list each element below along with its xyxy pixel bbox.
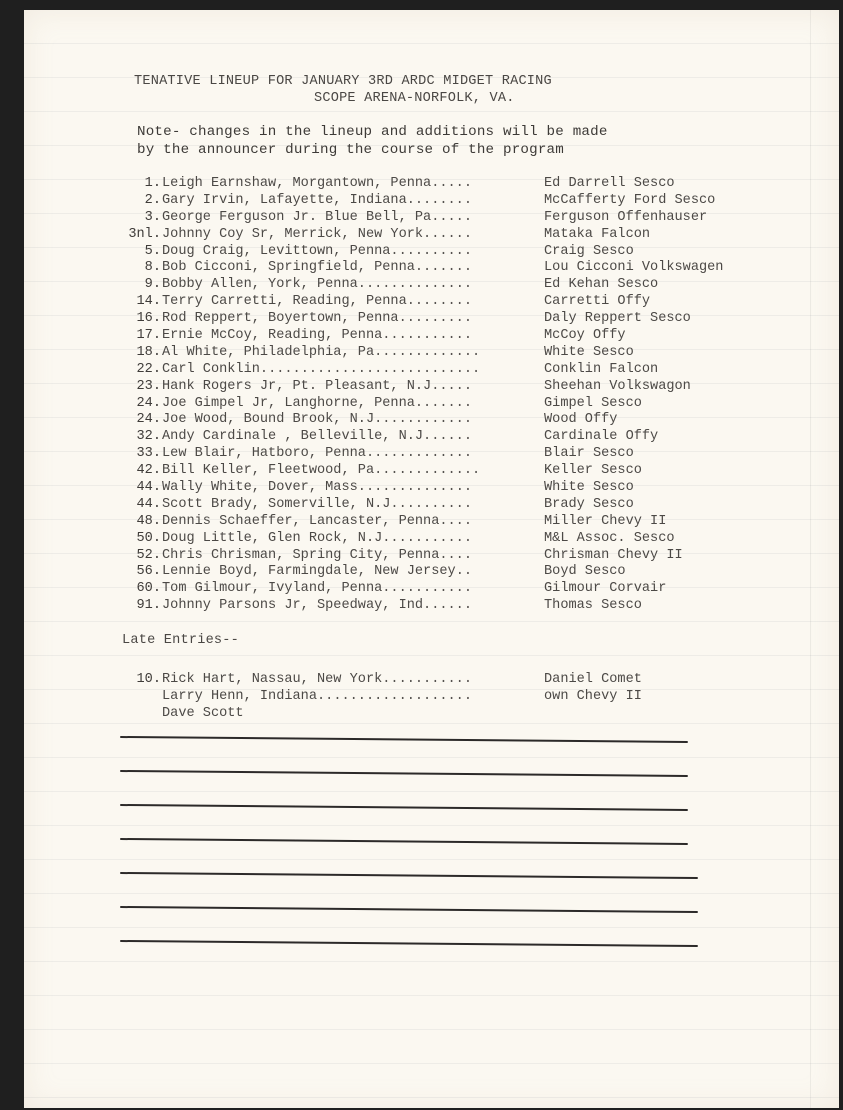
car-number: 52. bbox=[137, 548, 161, 563]
car-number: 3. bbox=[145, 210, 161, 225]
car-entrant: White Sesco bbox=[544, 345, 634, 360]
car-number: 32. bbox=[137, 429, 161, 444]
entry-row: 50.Doug Little, Glen Rock, N.J..........… bbox=[24, 531, 839, 548]
car-entrant: Boyd Sesco bbox=[544, 564, 626, 579]
leader-dots: ......... bbox=[399, 311, 472, 326]
leader-dots: ............. bbox=[366, 446, 472, 461]
car-entrant: Craig Sesco bbox=[544, 244, 634, 259]
car-entrant: Sheehan Volkswagon bbox=[544, 379, 691, 394]
leader-dots: ............ bbox=[374, 412, 472, 427]
lineup-list: 1.Leigh Earnshaw, Morgantown, Penna.....… bbox=[24, 176, 839, 615]
car-number: 2. bbox=[145, 193, 161, 208]
entry-row: 42.Bill Keller, Fleetwood, Pa...........… bbox=[24, 463, 839, 480]
entry-row: 60.Tom Gilmour, Ivyland, Penna..........… bbox=[24, 581, 839, 598]
document-page: TENATIVE LINEUP FOR JANUARY 3RD ARDC MID… bbox=[24, 10, 839, 1108]
entry-row: 5.Doug Craig, Levittown, Penna..........… bbox=[24, 244, 839, 261]
car-entrant: M&L Assoc. Sesco bbox=[544, 531, 675, 546]
car-entrant: Thomas Sesco bbox=[544, 598, 642, 613]
write-in-line bbox=[120, 804, 688, 811]
leader-dots: ........... bbox=[382, 328, 472, 343]
driver-name: Al White, Philadelphia, Pa............. bbox=[162, 345, 480, 360]
car-entrant: Keller Sesco bbox=[544, 463, 642, 478]
driver-name: Lennie Boyd, Farmingdale, New Jersey.. bbox=[162, 564, 472, 579]
entry-row: 14.Terry Carretti, Reading, Penna.......… bbox=[24, 294, 839, 311]
car-number: 17. bbox=[137, 328, 161, 343]
note-line-1: Note- changes in the lineup and addition… bbox=[137, 124, 608, 140]
leader-dots: .. bbox=[456, 564, 472, 579]
leader-dots: ............. bbox=[374, 463, 480, 478]
driver-name: Hank Rogers Jr, Pt. Pleasant, N.J..... bbox=[162, 379, 472, 394]
car-number: 44. bbox=[137, 480, 161, 495]
car-number: 60. bbox=[137, 581, 161, 596]
entry-row: 23.Hank Rogers Jr, Pt. Pleasant, N.J....… bbox=[24, 379, 839, 396]
entry-row: 1.Leigh Earnshaw, Morgantown, Penna.....… bbox=[24, 176, 839, 193]
leader-dots: ....... bbox=[415, 396, 472, 411]
car-number: 56. bbox=[137, 564, 161, 579]
leader-dots: ........... bbox=[382, 672, 472, 687]
driver-name: Dave Scott bbox=[162, 706, 244, 721]
leader-dots: ...... bbox=[423, 598, 472, 613]
car-number: 44. bbox=[137, 497, 161, 512]
driver-name: Chris Chrisman, Spring City, Penna.... bbox=[162, 548, 472, 563]
car-entrant: Carretti Offy bbox=[544, 294, 650, 309]
leader-dots: ........... bbox=[382, 581, 472, 596]
car-number: 23. bbox=[137, 379, 161, 394]
leader-dots: .............. bbox=[358, 277, 472, 292]
driver-name: Leigh Earnshaw, Morgantown, Penna..... bbox=[162, 176, 472, 191]
entry-row: 3.George Ferguson Jr. Blue Bell, Pa.....… bbox=[24, 210, 839, 227]
car-entrant: Gimpel Sesco bbox=[544, 396, 642, 411]
driver-name: Rick Hart, Nassau, New York........... bbox=[162, 672, 472, 687]
leader-dots: ........................... bbox=[260, 362, 480, 377]
late-entries-list: 10.Rick Hart, Nassau, New York..........… bbox=[24, 672, 839, 723]
car-number: 91. bbox=[137, 598, 161, 613]
write-in-line bbox=[120, 736, 688, 743]
entry-row: Larry Henn, Indiana...................ow… bbox=[24, 689, 839, 706]
car-number: 10. bbox=[137, 672, 161, 687]
leader-dots: .... bbox=[439, 514, 472, 529]
driver-name: Bobby Allen, York, Penna.............. bbox=[162, 277, 472, 292]
entry-row: 33.Lew Blair, Hatboro, Penna............… bbox=[24, 446, 839, 463]
entry-row: 10.Rick Hart, Nassau, New York..........… bbox=[24, 672, 839, 689]
entry-row: 9.Bobby Allen, York, Penna..............… bbox=[24, 277, 839, 294]
driver-name: Rod Reppert, Boyertown, Penna......... bbox=[162, 311, 472, 326]
leader-dots: .......... bbox=[390, 244, 472, 259]
driver-name: Johnny Coy Sr, Merrick, New York...... bbox=[162, 227, 472, 242]
entry-row: 18.Al White, Philadelphia, Pa...........… bbox=[24, 345, 839, 362]
car-number: 3nl. bbox=[128, 227, 161, 242]
entry-row: 17.Ernie McCoy, Reading, Penna..........… bbox=[24, 328, 839, 345]
driver-name: Bob Cicconi, Springfield, Penna....... bbox=[162, 260, 472, 275]
car-entrant: Wood Offy bbox=[544, 412, 617, 427]
car-number: 9. bbox=[145, 277, 161, 292]
car-entrant: Ferguson Offenhauser bbox=[544, 210, 707, 225]
car-entrant: Brady Sesco bbox=[544, 497, 634, 512]
driver-name: Tom Gilmour, Ivyland, Penna........... bbox=[162, 581, 472, 596]
driver-name: Carl Conklin........................... bbox=[162, 362, 480, 377]
driver-name: Larry Henn, Indiana................... bbox=[162, 689, 472, 704]
entry-row: 91.Johnny Parsons Jr, Speedway, Ind.....… bbox=[24, 598, 839, 615]
entry-row: 56.Lennie Boyd, Farmingdale, New Jersey.… bbox=[24, 564, 839, 581]
car-entrant: Gilmour Corvair bbox=[544, 581, 666, 596]
car-entrant: Ed Kehan Sesco bbox=[544, 277, 658, 292]
leader-dots: ........ bbox=[407, 193, 472, 208]
write-in-line bbox=[120, 872, 698, 879]
leader-dots: ..... bbox=[431, 210, 472, 225]
entry-row: 44.Wally White, Dover, Mass.............… bbox=[24, 480, 839, 497]
car-number: 8. bbox=[145, 260, 161, 275]
car-number: 22. bbox=[137, 362, 161, 377]
driver-name: Gary Irvin, Lafayette, Indiana........ bbox=[162, 193, 472, 208]
leader-dots: .............. bbox=[358, 480, 472, 495]
leader-dots: ....... bbox=[415, 260, 472, 275]
entry-row: 16.Rod Reppert, Boyertown, Penna........… bbox=[24, 311, 839, 328]
entry-row: 44.Scott Brady, Somerville, N.J.........… bbox=[24, 497, 839, 514]
car-entrant: Miller Chevy II bbox=[544, 514, 666, 529]
entry-row: Dave Scott bbox=[24, 706, 839, 723]
car-number: 16. bbox=[137, 311, 161, 326]
car-entrant: Cardinale Offy bbox=[544, 429, 658, 444]
entry-row: 52.Chris Chrisman, Spring City, Penna...… bbox=[24, 548, 839, 565]
entry-row: 8.Bob Cicconi, Springfield, Penna.......… bbox=[24, 260, 839, 277]
car-entrant: McCoy Offy bbox=[544, 328, 626, 343]
driver-name: Doug Little, Glen Rock, N.J........... bbox=[162, 531, 472, 546]
entry-row: 32.Andy Cardinale , Belleville, N.J.....… bbox=[24, 429, 839, 446]
driver-name: Dennis Schaeffer, Lancaster, Penna.... bbox=[162, 514, 472, 529]
car-entrant: Lou Cicconi Volkswagen bbox=[544, 260, 723, 275]
driver-name: Wally White, Dover, Mass.............. bbox=[162, 480, 472, 495]
car-number: 24. bbox=[137, 412, 161, 427]
car-entrant: Ed Darrell Sesco bbox=[544, 176, 675, 191]
entry-row: 24.Joe Gimpel Jr, Langhorne, Penna......… bbox=[24, 396, 839, 413]
write-in-line bbox=[120, 838, 688, 845]
car-number: 33. bbox=[137, 446, 161, 461]
car-number: 14. bbox=[137, 294, 161, 309]
leader-dots: ...... bbox=[423, 429, 472, 444]
leader-dots: ........ bbox=[407, 294, 472, 309]
late-entries-heading: Late Entries-- bbox=[122, 633, 239, 648]
document-title: TENATIVE LINEUP FOR JANUARY 3RD ARDC MID… bbox=[134, 74, 552, 89]
car-entrant: Blair Sesco bbox=[544, 446, 634, 461]
write-in-line bbox=[120, 940, 698, 947]
driver-name: Terry Carretti, Reading, Penna........ bbox=[162, 294, 472, 309]
car-number: 5. bbox=[145, 244, 161, 259]
car-entrant: White Sesco bbox=[544, 480, 634, 495]
car-entrant: own Chevy II bbox=[544, 689, 642, 704]
entry-row: 48.Dennis Schaeffer, Lancaster, Penna...… bbox=[24, 514, 839, 531]
leader-dots: ...... bbox=[423, 227, 472, 242]
venue-subtitle: SCOPE ARENA-NORFOLK, VA. bbox=[314, 91, 515, 106]
driver-name: Joe Wood, Bound Brook, N.J............ bbox=[162, 412, 472, 427]
driver-name: Scott Brady, Somerville, N.J.......... bbox=[162, 497, 472, 512]
driver-name: Lew Blair, Hatboro, Penna............. bbox=[162, 446, 472, 461]
car-entrant: McCafferty Ford Sesco bbox=[544, 193, 715, 208]
car-entrant: Daly Reppert Sesco bbox=[544, 311, 691, 326]
driver-name: Johnny Parsons Jr, Speedway, Ind...... bbox=[162, 598, 472, 613]
entry-row: 3nl.Johnny Coy Sr, Merrick, New York....… bbox=[24, 227, 839, 244]
leader-dots: ..... bbox=[431, 176, 472, 191]
car-number: 24. bbox=[137, 396, 161, 411]
note-line-2: by the announcer during the course of th… bbox=[137, 142, 564, 158]
car-number: 50. bbox=[137, 531, 161, 546]
driver-name: Joe Gimpel Jr, Langhorne, Penna....... bbox=[162, 396, 472, 411]
car-entrant: Daniel Comet bbox=[544, 672, 642, 687]
leader-dots: .......... bbox=[390, 497, 472, 512]
driver-name: Andy Cardinale , Belleville, N.J...... bbox=[162, 429, 472, 444]
driver-name: Ernie McCoy, Reading, Penna........... bbox=[162, 328, 472, 343]
entry-row: 24.Joe Wood, Bound Brook, N.J...........… bbox=[24, 412, 839, 429]
leader-dots: .... bbox=[439, 548, 472, 563]
car-number: 18. bbox=[137, 345, 161, 360]
car-number: 1. bbox=[145, 176, 161, 191]
car-number: 48. bbox=[137, 514, 161, 529]
write-in-line bbox=[120, 906, 698, 913]
car-entrant: Chrisman Chevy II bbox=[544, 548, 683, 563]
car-entrant: Conklin Falcon bbox=[544, 362, 658, 377]
entry-row: 22.Carl Conklin.........................… bbox=[24, 362, 839, 379]
leader-dots: ............. bbox=[374, 345, 480, 360]
driver-name: George Ferguson Jr. Blue Bell, Pa..... bbox=[162, 210, 472, 225]
leader-dots: ..... bbox=[431, 379, 472, 394]
car-entrant: Mataka Falcon bbox=[544, 227, 650, 242]
leader-dots: ........... bbox=[382, 531, 472, 546]
driver-name: Doug Craig, Levittown, Penna.......... bbox=[162, 244, 472, 259]
write-in-line bbox=[120, 770, 688, 777]
driver-name: Bill Keller, Fleetwood, Pa............. bbox=[162, 463, 480, 478]
leader-dots: ................... bbox=[317, 689, 472, 704]
car-number: 42. bbox=[137, 463, 161, 478]
entry-row: 2.Gary Irvin, Lafayette, Indiana........… bbox=[24, 193, 839, 210]
